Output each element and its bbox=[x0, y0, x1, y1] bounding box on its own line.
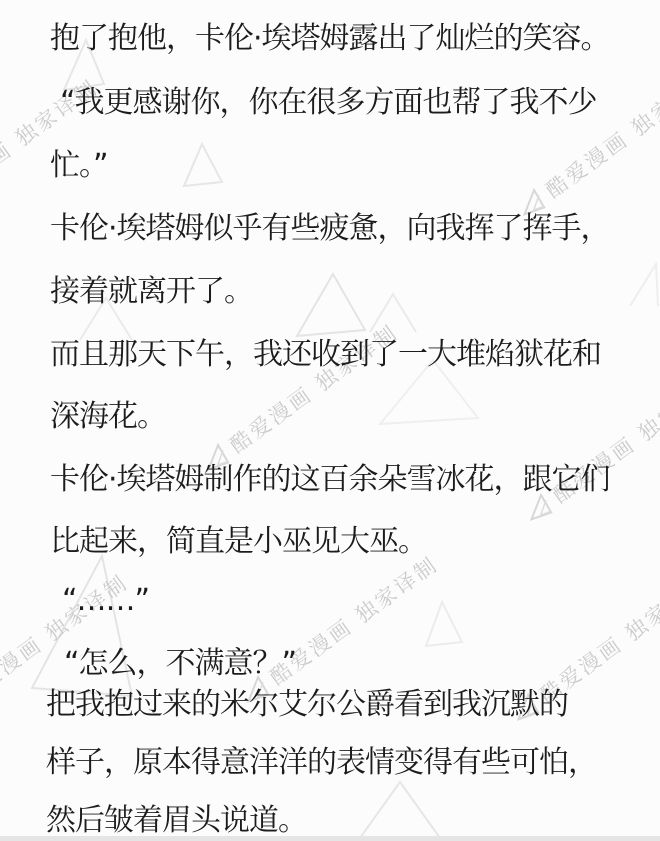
text-line: “我更感谢你，你在很多方面也帮了我不少 bbox=[60, 84, 597, 122]
text-line: 样子，原本得意洋洋的表情变得有些可怕， bbox=[46, 744, 597, 782]
triangle-outline-icon bbox=[295, 272, 370, 342]
text-line: “怎么，不满意？” bbox=[64, 645, 296, 683]
text-line: 接着就离开了。 bbox=[50, 273, 253, 311]
text-line: 卡伦·埃塔姆似乎有些疲惫，向我挥了挥手， bbox=[50, 210, 610, 248]
triangle-outline-icon bbox=[182, 142, 224, 190]
text-line: “……” bbox=[62, 582, 149, 620]
text-line: 卡伦·埃塔姆制作的这百余朵雪冰花，跟它们 bbox=[50, 461, 610, 499]
text-line: 忙。” bbox=[50, 147, 108, 185]
triangle-outline-icon bbox=[424, 600, 466, 652]
text-line: 而且那天下午，我还收到了一大堆焰狱花和 bbox=[50, 336, 601, 374]
triangle-outline-icon bbox=[358, 780, 442, 840]
reader-page: 酷爱漫画 独家译制 酷爱漫画 独家译制 酷爱漫画 独家译制 酷爱漫画 独家译制 … bbox=[0, 0, 660, 841]
triangle-outline-icon bbox=[628, 262, 660, 308]
text-line: 把我抱过来的米尔艾尔公爵看到我沉默的 bbox=[46, 686, 568, 724]
text-line: 抱了抱他，卡伦·埃塔姆露出了灿烂的笑容。 bbox=[50, 20, 610, 58]
watermark: 酷爱漫画 独家译制 bbox=[519, 367, 660, 530]
text-line: 比起来，简直是小巫见大巫。 bbox=[50, 523, 427, 561]
text-line: 深海花。 bbox=[50, 398, 166, 436]
text-line: 然后皱着眉头说道。 bbox=[46, 802, 307, 840]
